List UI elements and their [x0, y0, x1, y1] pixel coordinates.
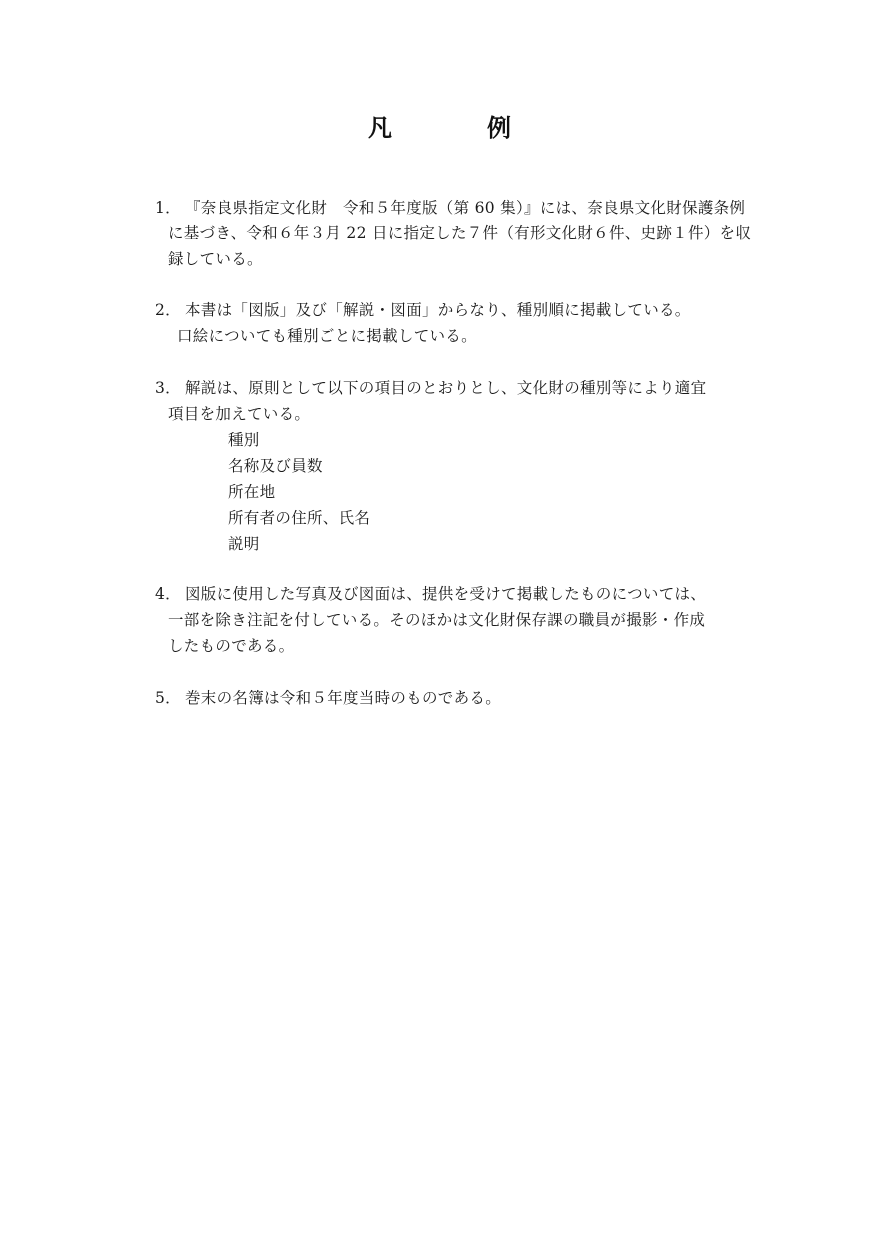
- section-3-item-2: 名称及び員数: [228, 455, 323, 477]
- section-1-line-2: に基づき、令和６年３月 22 日に指定した７件（有形文化財６件、史跡１件）を収: [168, 222, 751, 244]
- page-title: 凡 例: [0, 112, 872, 148]
- section-3-line-2: 項目を加えている。: [168, 403, 310, 425]
- section-number: 3．: [155, 377, 185, 399]
- section-text: 解説は、原則として以下の項目のとおりとし、文化財の種別等により適宜: [185, 379, 706, 397]
- page-title-char-1: 凡: [368, 112, 392, 144]
- section-1-line-3: 録している。: [168, 248, 263, 270]
- section-text: 図版に使用した写真及び図面は、提供を受けて掲載したものについては、: [185, 585, 706, 603]
- section-number: 1．: [155, 197, 185, 219]
- section-1-line-1: 1．『奈良県指定文化財 令和５年度版（第 60 集）』には、奈良県文化財保護条例: [155, 197, 745, 219]
- document-page: 凡 例 1．『奈良県指定文化財 令和５年度版（第 60 集）』には、奈良県文化財…: [0, 0, 872, 1236]
- section-4-line-2: 一部を除き注記を付している。そのほかは文化財保存課の職員が撮影・作成: [168, 609, 705, 631]
- section-text: 『奈良県指定文化財 令和５年度版（第 60 集）』には、奈良県文化財保護条例: [185, 199, 745, 217]
- section-text: 本書は「図版」及び「解説・図面」からなり、種別順に掲載している。: [185, 301, 691, 319]
- section-number: 2．: [155, 299, 185, 321]
- section-3-item-4: 所有者の住所、氏名: [228, 507, 370, 529]
- section-3-item-5: 説明: [228, 533, 260, 555]
- section-3-line-1: 3．解説は、原則として以下の項目のとおりとし、文化財の種別等により適宜: [155, 377, 706, 399]
- section-text: 巻末の名簿は令和５年度当時のものである。: [185, 689, 501, 707]
- section-number: 4．: [155, 583, 185, 605]
- section-number: 5．: [155, 687, 185, 709]
- section-4-line-3: したものである。: [168, 635, 294, 657]
- page-title-char-2: 例: [487, 112, 511, 144]
- section-3-item-1: 種別: [228, 429, 260, 451]
- section-5-line-1: 5．巻末の名簿は令和５年度当時のものである。: [155, 687, 501, 709]
- section-2-line-2: 口絵についても種別ごとに掲載している。: [177, 325, 477, 347]
- section-4-line-1: 4．図版に使用した写真及び図面は、提供を受けて掲載したものについては、: [155, 583, 706, 605]
- section-3-item-3: 所在地: [228, 481, 275, 503]
- section-2-line-1: 2．本書は「図版」及び「解説・図面」からなり、種別順に掲載している。: [155, 299, 691, 321]
